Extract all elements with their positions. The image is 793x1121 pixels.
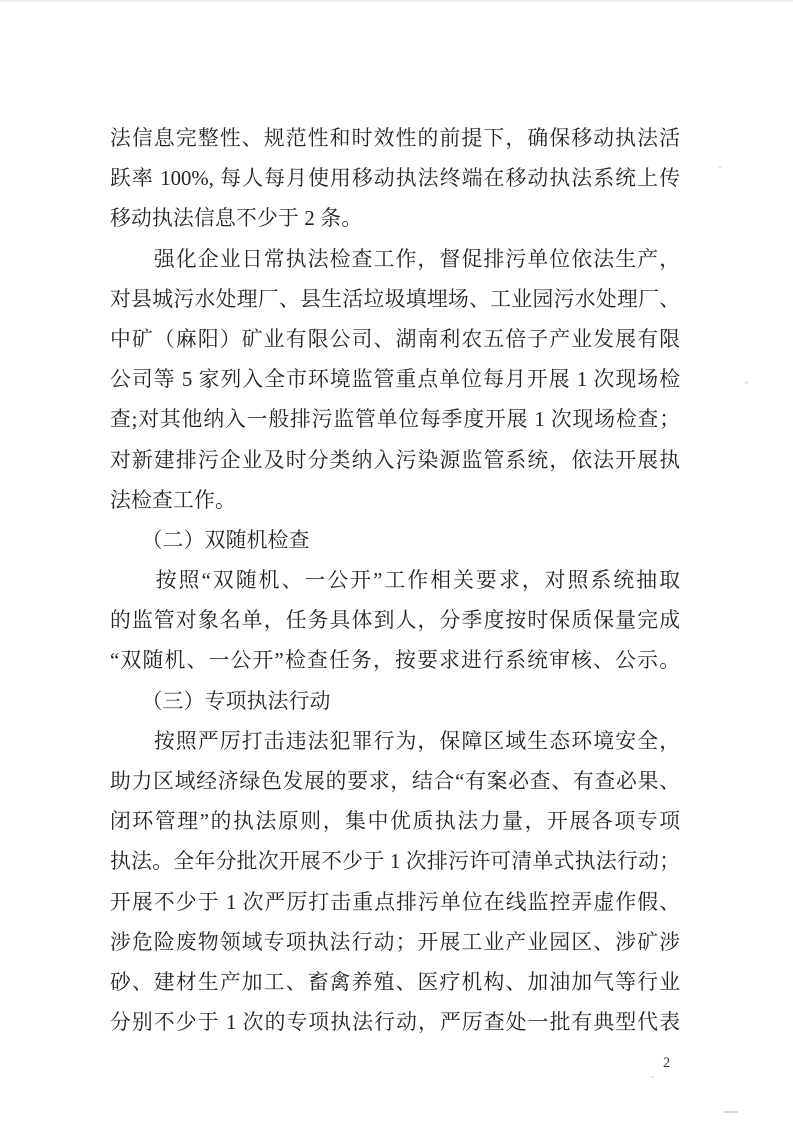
text-line: （二）双随机检查: [110, 521, 680, 561]
text-line: 按照“双随机、一公开”工作相关要求，对照系统抽取: [110, 561, 680, 601]
scanned-page: 法信息完整性、规范性和时效性的前提下，确保移动执法活跃率 100%, 每人每月使…: [0, 0, 793, 1121]
text-line: （三）专项执法行动: [110, 682, 680, 722]
text-line: 开展不少于 1 次严厉打击重点排污单位在线监控弄虚作假、: [110, 883, 680, 923]
text-line: 移动执法信息不少于 2 条。: [110, 199, 680, 239]
scan-speck: [718, 166, 722, 168]
text-line: 跃率 100%, 每人每月使用移动执法终端在移动执法系统上传: [110, 159, 680, 199]
text-line: 查;对其他纳入一般排污监管单位每季度开展 1 次现场检查；: [110, 400, 680, 440]
text-line: 执法。全年分批次开展不少于 1 次排污许可清单式执法行动；: [110, 842, 680, 882]
text-line: 公司等 5 家列入全市环境监管重点单位每月开展 1 次现场检: [110, 360, 680, 400]
scan-artifact-dash: [724, 1111, 738, 1113]
text-line: 的监管对象名单，任务具体到人，分季度按时保质保量完成: [110, 601, 680, 641]
text-line: 涉危险废物领域专项执法行动；开展工业产业园区、涉矿涉: [110, 923, 680, 963]
text-line: 闭环管理”的执法原则，集中优质执法力量，开展各项专项: [110, 802, 680, 842]
scan-edge-artifact: [0, 0, 793, 2]
text-line: 法检查工作。: [110, 481, 680, 521]
scan-speck: [745, 381, 748, 384]
scan-speck: [651, 1076, 654, 1078]
page-number: 2: [663, 1055, 670, 1072]
text-line: 对县城污水处理厂、县生活垃圾填埋场、工业园污水处理厂、: [110, 280, 680, 320]
text-line: 对新建排污企业及时分类纳入污染源监管系统，依法开展执: [110, 441, 680, 481]
text-line: 助力区域经济绿色发展的要求，结合“有案必查、有查必果、: [110, 762, 680, 802]
text-line: 分别不少于 1 次的专项执法行动，严厉查处一批有典型代表: [110, 1003, 680, 1043]
document-body: 法信息完整性、规范性和时效性的前提下，确保移动执法活跃率 100%, 每人每月使…: [110, 119, 680, 1043]
text-line: “双随机、一公开”检查任务，按要求进行系统审核、公示。: [110, 641, 680, 681]
text-line: 砂、建材生产加工、畜禽养殖、医疗机构、加油加气等行业: [110, 963, 680, 1003]
text-line: 按照严厉打击违法犯罪行为，保障区域生态环境安全，: [110, 722, 680, 762]
text-line: 中矿（麻阳）矿业有限公司、湖南利农五倍子产业发展有限: [110, 320, 680, 360]
text-line: 强化企业日常执法检查工作，督促排污单位依法生产，: [110, 240, 680, 280]
text-line: 法信息完整性、规范性和时效性的前提下，确保移动执法活: [110, 119, 680, 159]
